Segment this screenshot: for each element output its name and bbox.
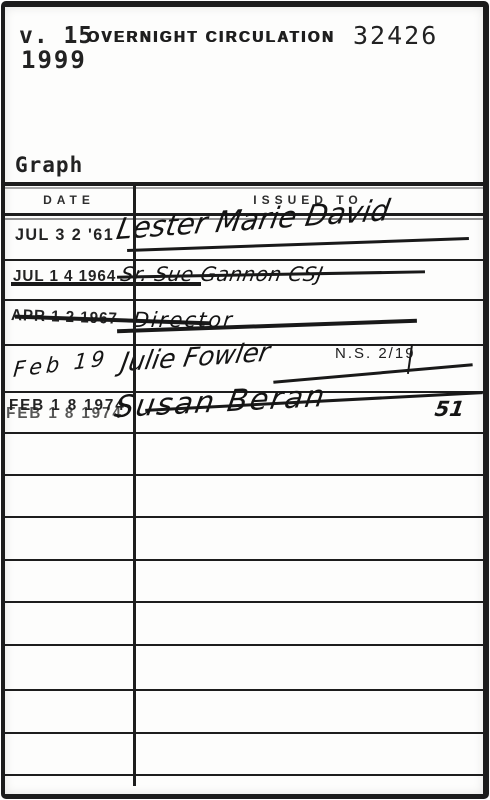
- handwritten-date: Feb 19: [12, 346, 109, 382]
- year-label: 1999: [21, 46, 87, 74]
- empty-table-row: [5, 518, 483, 561]
- empty-table-row: [5, 476, 483, 518]
- library-circulation-card: v. 15 1999 OVERNIGHT CIRCULATION 32426 G…: [1, 1, 489, 799]
- table-row: JUL 1 4 1964 Sr. Sue Gannon CSJ: [5, 261, 483, 301]
- table-row: FEB 1 8 1974 Susan Beran 51: [5, 393, 483, 434]
- date-stamp: JUL 3 2 '61: [15, 225, 114, 245]
- circulation-table: DATE ISSUED TO JUL 3 2 '61 Lester Marie …: [5, 182, 483, 794]
- margin-note: N.S. 2/19: [335, 345, 416, 362]
- empty-table-row: [5, 691, 483, 734]
- column-divider-line: [133, 182, 136, 786]
- table-row: JUL 3 2 '61 Lester Marie David: [5, 216, 483, 261]
- empty-table-row: [5, 646, 483, 691]
- subject-label: Graph: [15, 153, 83, 177]
- date-column-header: DATE: [5, 193, 133, 207]
- margin-note: 51: [433, 397, 466, 421]
- date-stamp: JUL 1 4 1964: [13, 268, 116, 286]
- empty-table-row: [5, 561, 483, 603]
- overnight-circulation-stamp: OVERNIGHT CIRCULATION: [87, 29, 335, 47]
- empty-table-row: [5, 434, 483, 476]
- date-stamp: FEB 1 8 1974: [9, 397, 126, 415]
- signature: Director: [132, 308, 235, 332]
- accession-number: 32426: [353, 21, 438, 50]
- empty-table-row: [5, 734, 483, 776]
- date-stamp: APR 1 2 1967: [11, 307, 118, 329]
- signature: Sr. Sue Gannon CSJ: [119, 262, 325, 286]
- empty-table-row: [5, 603, 483, 646]
